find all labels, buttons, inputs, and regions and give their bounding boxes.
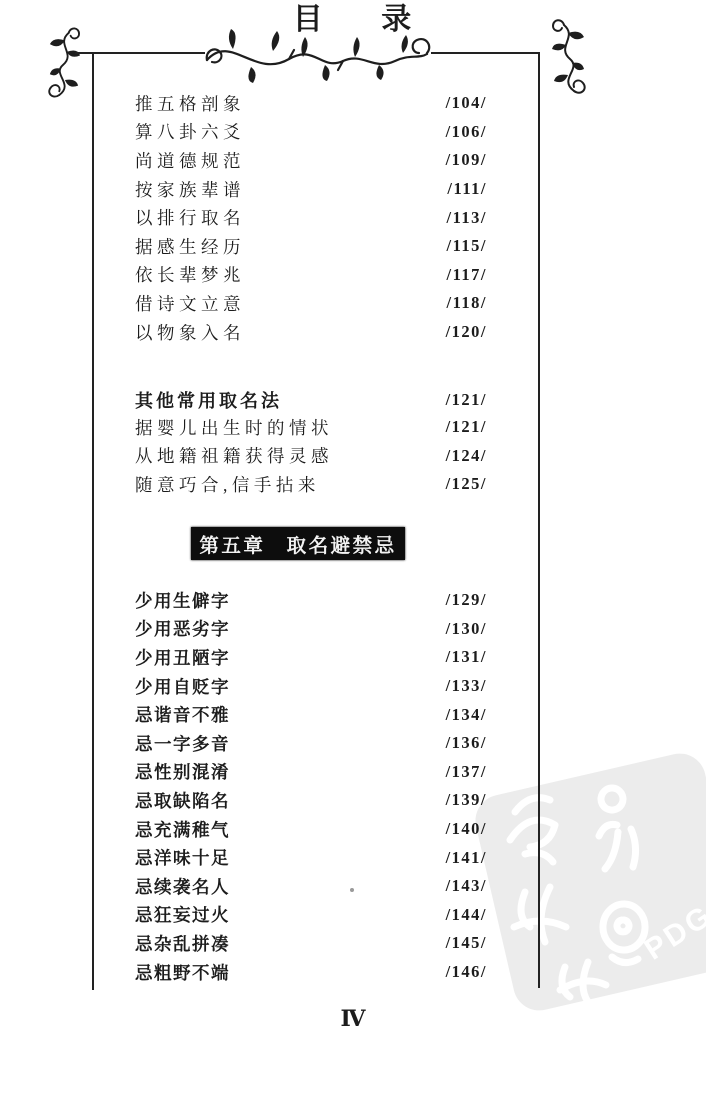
- toc-entry: 借诗文立意 /118/: [135, 289, 487, 318]
- page-number: Ⅳ: [0, 1006, 706, 1032]
- frame-top-rule-left: [75, 52, 205, 54]
- toc-entry-page: /140/: [446, 819, 487, 839]
- toc-entry-page: /129/: [446, 590, 487, 610]
- toc-entry-page: /139/: [446, 790, 487, 810]
- toc-entry-page: /144/: [446, 905, 487, 925]
- toc-entry-title: 忌性别混淆: [135, 759, 230, 784]
- toc-entry-page: /118/: [446, 293, 487, 313]
- toc-entry-page: /120/: [446, 322, 487, 342]
- toc-entry-title: 尚道德规范: [135, 148, 245, 173]
- toc-entry: 忌谐音不雅 /134/: [135, 700, 487, 729]
- toc-entry: 忌续袭名人 /143/: [135, 872, 487, 901]
- toc-entry-title: 忌充满稚气: [135, 817, 230, 842]
- toc-entry-title: 忌谐音不雅: [135, 702, 230, 727]
- toc-entry: 从地籍祖籍获得灵感 /124/: [135, 442, 487, 471]
- toc-entry-title: 按家族辈谱: [135, 177, 245, 202]
- toc-entry-title: 忌洋味十足: [135, 845, 230, 870]
- toc-entry-page: /134/: [446, 705, 487, 725]
- frame-border-left: [92, 52, 94, 990]
- toc-entry-title: 以物象入名: [135, 320, 245, 345]
- toc-entry-page: /125/: [446, 474, 487, 494]
- frame-border-right: [538, 52, 540, 988]
- toc-entry-title: 借诗文立意: [135, 291, 245, 316]
- toc-entry-title: 忌狂妄过火: [135, 902, 230, 927]
- toc-entry: 忌狂妄过火 /144/: [135, 901, 487, 930]
- toc-entry-title: 忌续袭名人: [135, 874, 230, 899]
- toc-entry-title: 忌杂乱拼凑: [135, 931, 230, 956]
- toc-entry: 忌一字多音 /136/: [135, 729, 487, 758]
- toc-entry-page: /113/: [446, 208, 487, 228]
- toc-entry-title: 忌取缺陷名: [135, 788, 230, 813]
- toc-entry: 以排行取名 /113/: [135, 203, 487, 232]
- toc-entry-page: /131/: [446, 647, 487, 667]
- toc-entry: 据感生经历 /115/: [135, 232, 487, 261]
- toc-entry-page: /106/: [446, 122, 487, 142]
- watermark-seal-glyphs: [480, 752, 706, 1022]
- toc-entry-title: 依长辈梦兆: [135, 262, 245, 287]
- toc-section-other-methods-items: 据婴儿出生时的情状 /121/ 从地籍祖籍获得灵感 /124/ 随意巧合,信手拈…: [135, 413, 487, 499]
- page-title: 目 录: [0, 0, 706, 40]
- toc-entry: 推五格剖象 /104/: [135, 89, 487, 118]
- toc-entry: 忌粗野不端 /146/: [135, 958, 487, 987]
- toc-entry-title: 少用自贬字: [135, 674, 230, 699]
- toc-entry-title: 少用丑陋字: [135, 645, 230, 670]
- toc-entry: 忌杂乱拼凑 /145/: [135, 929, 487, 958]
- toc-entry-page: /111/: [447, 179, 487, 199]
- toc-entry-page: /137/: [446, 762, 487, 782]
- toc-entry: 少用恶劣字 /130/: [135, 615, 487, 644]
- toc-entry-title: 据感生经历: [135, 234, 245, 259]
- toc-entry: 尚道德规范 /109/: [135, 146, 487, 175]
- toc-entry: 随意巧合,信手拈来 /125/: [135, 470, 487, 499]
- toc-entry-page: /117/: [446, 265, 487, 285]
- toc-entry-page: /133/: [446, 676, 487, 696]
- toc-entry-title: 算八卦六爻: [135, 119, 245, 144]
- toc-entry: 少用丑陋字 /131/: [135, 643, 487, 672]
- toc-entry-page: /143/: [446, 876, 487, 896]
- toc-entry-page: /121/: [446, 390, 487, 410]
- toc-entry: 算八卦六爻 /106/: [135, 118, 487, 147]
- toc-entry-title: 忌一字多音: [135, 731, 230, 756]
- toc-entry-title: 忌粗野不端: [135, 960, 230, 985]
- toc-entry: 按家族辈谱 /111/: [135, 175, 487, 204]
- toc-entry: 忌性别混淆 /137/: [135, 758, 487, 787]
- toc-entry: 忌取缺陷名 /139/: [135, 786, 487, 815]
- toc-entry-title: 少用恶劣字: [135, 616, 230, 641]
- toc-entry-page: /115/: [446, 236, 487, 256]
- toc-entry: 忌洋味十足 /141/: [135, 843, 487, 872]
- frame-top-rule-right: [431, 52, 539, 54]
- toc-entry-page: /146/: [446, 962, 487, 982]
- toc-entry-page: /145/: [446, 933, 487, 953]
- toc-section-naming-methods: 推五格剖象 /104/ 算八卦六爻 /106/ 尚道德规范 /109/ 按家族辈…: [135, 89, 487, 346]
- scanned-toc-page: 目 录: [0, 0, 706, 1098]
- toc-entry: 少用自贬字 /133/: [135, 672, 487, 701]
- toc-entry: 据婴儿出生时的情状 /121/: [135, 413, 487, 442]
- toc-entry-other-methods: 其他常用取名法 /121/: [135, 386, 487, 415]
- toc-entry: 以物象入名 /120/: [135, 318, 487, 347]
- toc-entry-page: /136/: [446, 733, 487, 753]
- toc-entry-page: /130/: [446, 619, 487, 639]
- toc-entry-title: 据婴儿出生时的情状: [135, 415, 333, 440]
- toc-entry-page: /124/: [446, 446, 487, 466]
- toc-entry-page: /109/: [446, 150, 487, 170]
- toc-entry: 忌充满稚气 /140/: [135, 815, 487, 844]
- toc-entry-page: /141/: [446, 848, 487, 868]
- toc-entry: 依长辈梦兆 /117/: [135, 261, 487, 290]
- toc-section-chapter5-items: 少用生僻字 /129/ 少用恶劣字 /130/ 少用丑陋字 /131/ 少用自贬…: [135, 586, 487, 986]
- toc-entry-page: /104/: [446, 93, 487, 113]
- toc-entry-title: 随意巧合,信手拈来: [135, 472, 320, 497]
- toc-entry-title: 其他常用取名法: [135, 387, 282, 413]
- toc-entry-title: 推五格剖象: [135, 91, 245, 116]
- toc-entry-page: /121/: [446, 417, 487, 437]
- toc-entry-title: 以排行取名: [135, 205, 245, 230]
- toc-entry-title: 从地籍祖籍获得灵感: [135, 443, 333, 468]
- toc-entry-title: 少用生僻字: [135, 588, 230, 613]
- toc-entry: 少用生僻字 /129/: [135, 586, 487, 615]
- chapter-banner: 第五章 取名避禁忌: [191, 527, 405, 560]
